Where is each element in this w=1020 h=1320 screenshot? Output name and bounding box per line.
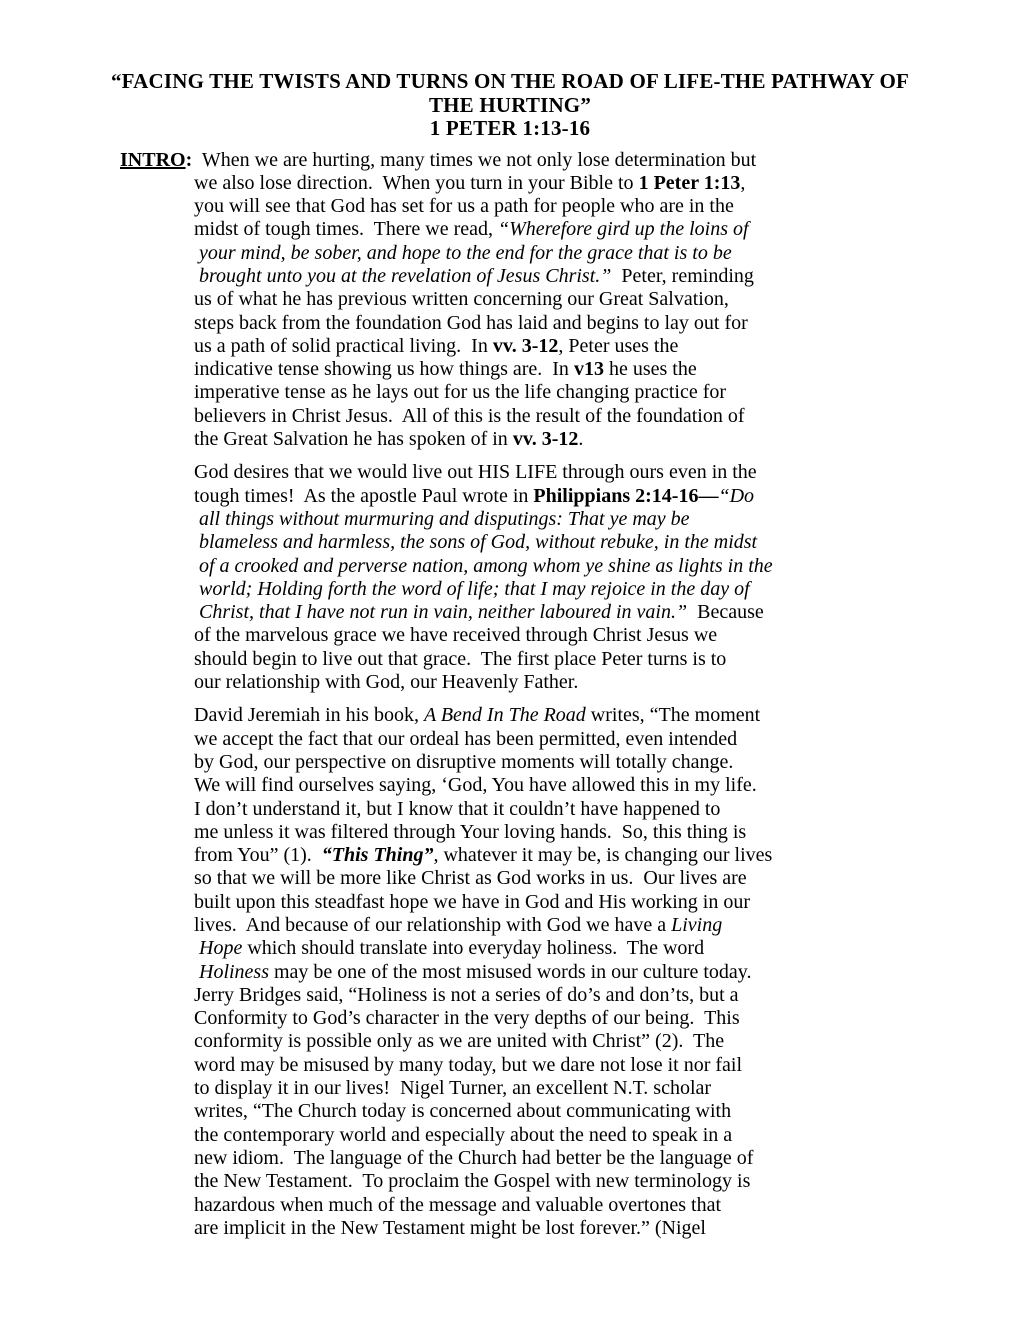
- body-paragraph: God desires that we would live out HIS L…: [194, 461, 954, 694]
- text-run: of a crooked and perverse nation, among …: [194, 555, 773, 577]
- text-run: writes, “The moment: [586, 704, 760, 726]
- text-run: are implicit in the New Testament might …: [194, 1217, 706, 1239]
- text-run: .: [578, 428, 583, 450]
- text-line: conformity is possible only as we are un…: [194, 1030, 954, 1053]
- text-line: brought unto you at the revelation of Je…: [194, 265, 954, 288]
- text-line: Jerry Bridges said, “Holiness is not a s…: [194, 984, 954, 1007]
- text-run: all things without murmuring and disputi…: [194, 508, 690, 530]
- intro-paragraph: INTRO: When we are hurting, many times w…: [194, 149, 954, 452]
- text-run: we accept the fact that our ordeal has b…: [194, 728, 737, 750]
- text-run: I don’t understand it, but I know that i…: [194, 798, 720, 820]
- text-line: steps back from the foundation God has l…: [194, 312, 954, 335]
- text-line: imperative tense as he lays out for us t…: [194, 381, 954, 404]
- text-line: believers in Christ Jesus. All of this i…: [194, 405, 954, 428]
- text-line: blameless and harmless, the sons of God,…: [194, 531, 954, 554]
- text-run: the contemporary world and especially ab…: [194, 1124, 732, 1146]
- text-run: believers in Christ Jesus. All of this i…: [194, 405, 745, 427]
- text-run: Peter, reminding: [611, 265, 754, 287]
- text-run: God desires that we would live out HIS L…: [194, 461, 757, 483]
- text-line: of a crooked and perverse nation, among …: [194, 555, 954, 578]
- text-run: may be one of the most misused words in …: [269, 961, 752, 983]
- text-run: by God, our perspective on disruptive mo…: [194, 751, 733, 773]
- document-title: “FACING THE TWISTS AND TURNS ON THE ROAD…: [0, 0, 1020, 141]
- text-run: brought unto you at the revelation of Je…: [194, 265, 611, 287]
- document-page: “FACING THE TWISTS AND TURNS ON THE ROAD…: [0, 0, 1020, 1320]
- text-run: Jerry Bridges said, “Holiness is not a s…: [194, 984, 739, 1006]
- text-line: Christ, that I have not run in vain, nei…: [194, 601, 954, 624]
- text-line: indicative tense showing us how things a…: [194, 358, 954, 381]
- text-run: David Jeremiah in his book,: [194, 704, 424, 726]
- text-run: imperative tense as he lays out for us t…: [194, 381, 726, 403]
- text-run: Holiness: [194, 961, 269, 983]
- text-run: us of what he has previous written conce…: [194, 288, 729, 310]
- text-run: INTRO: [120, 149, 186, 171]
- text-line: our relationship with God, our Heavenly …: [194, 671, 954, 694]
- text-run: writes, “The Church today is concerned a…: [194, 1100, 731, 1122]
- text-line: we also lose direction. When you turn in…: [194, 172, 954, 195]
- text-line: so that we will be more like Christ as G…: [194, 867, 954, 890]
- text-run: When we are hurting, many times we not o…: [192, 149, 756, 171]
- text-line: lives. And because of our relationship w…: [194, 914, 954, 937]
- text-run: built upon this steadfast hope we have i…: [194, 891, 750, 913]
- text-line: should begin to live out that grace. The…: [194, 648, 954, 671]
- text-run: Philippians 2:14-16—: [533, 485, 718, 507]
- text-line: your mind, be sober, and hope to the end…: [194, 242, 954, 265]
- text-run: me unless it was filtered through Your l…: [194, 821, 746, 843]
- text-run: vv. 3-12: [493, 335, 559, 357]
- text-run: lives. And because of our relationship w…: [194, 914, 671, 936]
- text-run: Hope: [194, 937, 242, 959]
- text-run: midst of tough times. There we read,: [194, 218, 498, 240]
- text-line: us of what he has previous written conce…: [194, 288, 954, 311]
- document-title-line-1: “FACING THE TWISTS AND TURNS ON THE ROAD…: [0, 70, 1020, 94]
- text-line: the New Testament. To proclaim the Gospe…: [194, 1170, 954, 1193]
- text-run: the Great Salvation he has spoken of in: [194, 428, 513, 450]
- text-run: indicative tense showing us how things a…: [194, 358, 574, 380]
- text-run: A Bend In The Road: [424, 704, 586, 726]
- text-run: “Wherefore gird up the loins of: [498, 218, 749, 240]
- text-line: you will see that God has set for us a p…: [194, 195, 954, 218]
- text-run: Living: [671, 914, 722, 936]
- text-run: which should translate into everyday hol…: [242, 937, 704, 959]
- text-run: our relationship with God, our Heavenly …: [194, 671, 578, 693]
- text-line: We will find ourselves saying, ‘God, You…: [194, 774, 954, 797]
- text-run: v13: [574, 358, 604, 380]
- text-run: tough times! As the apostle Paul wrote i…: [194, 485, 533, 507]
- text-run: We will find ourselves saying, ‘God, You…: [194, 774, 757, 796]
- text-line: INTRO: When we are hurting, many times w…: [194, 149, 954, 172]
- body-paragraph: David Jeremiah in his book, A Bend In Th…: [194, 704, 954, 1240]
- text-run: word may be misused by many today, but w…: [194, 1054, 742, 1076]
- text-line: word may be misused by many today, but w…: [194, 1054, 954, 1077]
- text-line: the contemporary world and especially ab…: [194, 1124, 954, 1147]
- text-line: by God, our perspective on disruptive mo…: [194, 751, 954, 774]
- text-line: the Great Salvation he has spoken of in …: [194, 428, 954, 451]
- text-run: we also lose direction. When you turn in…: [194, 172, 639, 194]
- text-run: , Peter uses the: [558, 335, 678, 357]
- text-run: blameless and harmless, the sons of God,…: [194, 531, 757, 553]
- text-line: we accept the fact that our ordeal has b…: [194, 728, 954, 751]
- text-run: should begin to live out that grace. The…: [194, 648, 726, 670]
- text-run: Because: [687, 601, 764, 623]
- text-run: steps back from the foundation God has l…: [194, 312, 748, 334]
- text-line: Holiness may be one of the most misused …: [194, 961, 954, 984]
- text-run: “Do: [718, 485, 754, 507]
- text-run: conformity is possible only as we are un…: [194, 1030, 724, 1052]
- text-line: me unless it was filtered through Your l…: [194, 821, 954, 844]
- text-line: of the marvelous grace we have received …: [194, 624, 954, 647]
- text-run: world; Holding forth the word of life; t…: [194, 578, 750, 600]
- document-body: INTRO: When we are hurting, many times w…: [194, 149, 954, 1241]
- text-line: built upon this steadfast hope we have i…: [194, 891, 954, 914]
- text-line: hazardous when much of the message and v…: [194, 1194, 954, 1217]
- text-run: to display it in our lives! Nigel Turner…: [194, 1077, 711, 1099]
- text-run: , whatever it may be, is changing our li…: [433, 844, 772, 866]
- text-run: Conformity to God’s character in the ver…: [194, 1007, 740, 1029]
- text-line: tough times! As the apostle Paul wrote i…: [194, 485, 954, 508]
- text-line: David Jeremiah in his book, A Bend In Th…: [194, 704, 954, 727]
- text-line: world; Holding forth the word of life; t…: [194, 578, 954, 601]
- text-line: Hope which should translate into everyda…: [194, 937, 954, 960]
- text-line: to display it in our lives! Nigel Turner…: [194, 1077, 954, 1100]
- text-run: your mind, be sober, and hope to the end…: [194, 242, 732, 264]
- scripture-reference: 1 PETER 1:13-16: [0, 117, 1020, 141]
- text-run: of the marvelous grace we have received …: [194, 624, 717, 646]
- text-line: Conformity to God’s character in the ver…: [194, 1007, 954, 1030]
- text-line: writes, “The Church today is concerned a…: [194, 1100, 954, 1123]
- text-run: ,: [740, 172, 745, 194]
- text-line: midst of tough times. There we read, “Wh…: [194, 218, 954, 241]
- text-run: you will see that God has set for us a p…: [194, 195, 734, 217]
- document-title-line-2: THE HURTING”: [0, 94, 1020, 118]
- text-run: from You” (1).: [194, 844, 322, 866]
- text-run: he uses the: [604, 358, 697, 380]
- text-run: so that we will be more like Christ as G…: [194, 867, 747, 889]
- text-run: 1 Peter 1:13: [639, 172, 741, 194]
- text-run: hazardous when much of the message and v…: [194, 1194, 721, 1216]
- text-run: “This Thing”: [322, 844, 434, 866]
- text-line: us a path of solid practical living. In …: [194, 335, 954, 358]
- text-run: vv. 3-12: [513, 428, 579, 450]
- text-run: new idiom. The language of the Church ha…: [194, 1147, 753, 1169]
- text-line: all things without murmuring and disputi…: [194, 508, 954, 531]
- text-line: God desires that we would live out HIS L…: [194, 461, 954, 484]
- text-line: I don’t understand it, but I know that i…: [194, 798, 954, 821]
- text-run: us a path of solid practical living. In: [194, 335, 493, 357]
- text-run: Christ, that I have not run in vain, nei…: [194, 601, 687, 623]
- text-line: from You” (1). “This Thing”, whatever it…: [194, 844, 954, 867]
- text-run: the New Testament. To proclaim the Gospe…: [194, 1170, 750, 1192]
- text-line: new idiom. The language of the Church ha…: [194, 1147, 954, 1170]
- text-line: are implicit in the New Testament might …: [194, 1217, 954, 1240]
